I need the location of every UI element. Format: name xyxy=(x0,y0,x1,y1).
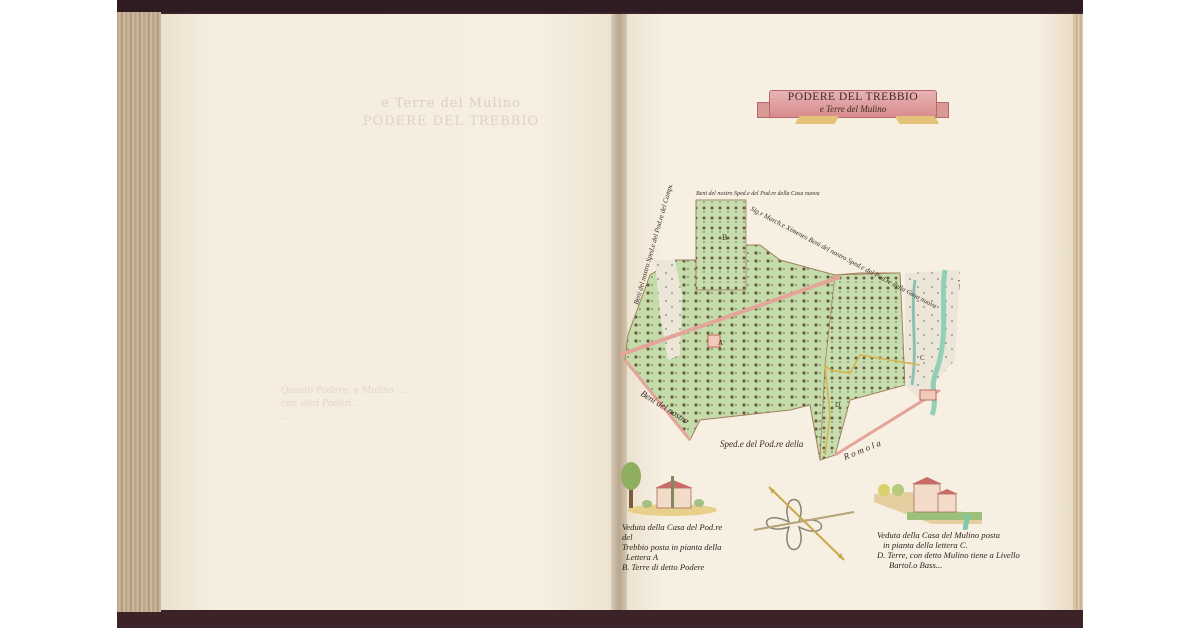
map-title: PODERE DEL TREBBIO xyxy=(771,91,935,103)
caption-mill: Veduta della Casa del Mulino posta in pi… xyxy=(877,530,1027,570)
boundary-label-north: Beni del nostro Sped.e del Pod.re della … xyxy=(696,191,820,197)
book-cover-top xyxy=(117,0,1083,12)
caption-line: Veduta della Casa del Pod.re del xyxy=(622,522,732,542)
bleed-through-line: Questo Podere, e Mulino ... xyxy=(281,386,581,396)
caption-line: B. Terre di detto Podere xyxy=(622,562,732,572)
vignette-podere-house xyxy=(617,458,717,520)
book-cover-bottom xyxy=(117,612,1083,628)
caption-line: Veduta della Casa del Mulino posta xyxy=(877,530,1027,540)
title-banner: PODERE DEL TREBBIO e Terre del Mulino xyxy=(757,88,947,134)
bleed-through-line: ... xyxy=(281,412,581,422)
book-spread: e Terre del Mulino PODERE DEL TREBBIO Qu… xyxy=(117,0,1083,628)
caption-line: in pianta della lettera C. xyxy=(877,540,1027,550)
boundary-label-south-3: R o m o l a xyxy=(841,438,883,463)
caption-line: D. Terre, con detto Mulino tiene a Livel… xyxy=(877,550,1027,560)
caption-line: Lettera A xyxy=(622,552,732,562)
plot-letter-a: A xyxy=(718,339,723,347)
plot-letter-c: C xyxy=(920,354,925,362)
bleed-through-subtitle: PODERE DEL TREBBIO xyxy=(341,114,561,129)
plot-letter-d: D xyxy=(835,401,840,409)
estate-map: B A C D Beni del nostro Sped.e del Pod.r… xyxy=(620,185,960,465)
bleed-through-title: e Terre del Mulino xyxy=(321,96,581,111)
boundary-label-south-2: Sped.e del Pod.re della xyxy=(720,439,804,449)
page-edges-left xyxy=(117,12,161,612)
caption-line: Bartol.o Bass... xyxy=(877,560,1027,570)
banner-gold-fold xyxy=(795,116,840,124)
plot-letter-b: B xyxy=(722,233,727,242)
bleed-through-line: con altri Poderi ... xyxy=(281,399,581,409)
caption-line: Trebbio posta in pianta della xyxy=(622,542,732,552)
caption-podere: Veduta della Casa del Pod.re del Trebbio… xyxy=(622,522,732,572)
left-page: e Terre del Mulino PODERE DEL TREBBIO Qu… xyxy=(161,14,611,610)
vignette-mill xyxy=(872,472,992,530)
banner-gold-fold xyxy=(895,116,940,124)
page-edges-right xyxy=(1073,14,1083,610)
compass-rose-icon xyxy=(749,482,861,562)
map-subtitle: e Terre del Mulino xyxy=(771,104,935,114)
